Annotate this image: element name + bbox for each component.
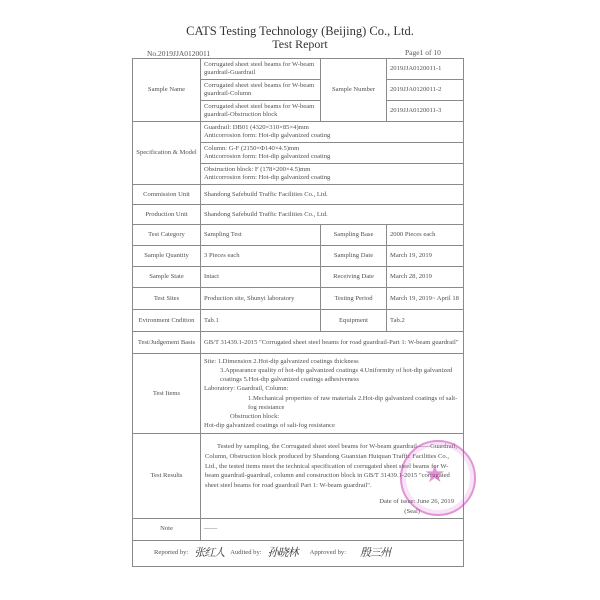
note-value: —— (201, 518, 464, 540)
audited-by-label: Audited by: (230, 549, 261, 557)
approved-by-signature: 殷三州 (360, 549, 390, 557)
signature-row: Reported by: 张红人 Audited by: 孙晓林 Approve… (133, 540, 464, 566)
sample-name-1: Corrugated sheet steel beams for W-beam … (201, 59, 321, 80)
spec-guardrail: Guardrail: DB01 (4320×310×85×4)mm Antico… (201, 122, 464, 143)
basis-label: Test/Judgement Basis (133, 332, 201, 354)
testing-period-value: March 19, 2019~ April 18 (387, 288, 464, 310)
equipment-label: Equipment (321, 310, 387, 332)
receiving-date-value: March 28, 2019 (387, 267, 464, 288)
equipment-value: Tab.2 (387, 310, 464, 332)
official-seal-stamp: ★ (400, 440, 476, 516)
sample-quantity-label: Sample Quantity (133, 246, 201, 267)
sampling-date-label: Sampling Date (321, 246, 387, 267)
test-sites-value: Production site, Shunyi laboratory (201, 288, 321, 310)
sample-state-value: Intact (201, 267, 321, 288)
spec-obstruction-block: Obstruction block: F (178×200×4.5)mm Ant… (201, 164, 464, 185)
production-unit-label: Production Unit (133, 205, 201, 225)
sample-number-1: 2019JJA0120011-1 (387, 59, 464, 80)
test-items-block-label: Obstruction block: (204, 412, 460, 421)
sample-name-label: Sample Name (133, 59, 201, 122)
note-label: Note (133, 518, 201, 540)
sampling-base-label: Sampling Base (321, 225, 387, 246)
sample-state-label: Sample State (133, 267, 201, 288)
reported-by-label: Reported by: (154, 549, 188, 557)
test-category-value: Sampling Test (201, 225, 321, 246)
test-results-label: Test Results (133, 434, 201, 519)
test-items-lab: Laboratory: Guardrail, Column: (204, 384, 460, 393)
spec-block-coating: Anticorrosion form: Hot-dip galvanized c… (204, 174, 460, 182)
spec-guardrail-size: Guardrail: DB01 (4320×310×85×4)mm (204, 124, 460, 132)
test-items-value: Site: 1.Dimension 2.Hot-dip galvanized c… (201, 354, 464, 434)
environment-condition-label: Evironment Cndition (133, 310, 201, 332)
test-sites-label: Test Sites (133, 288, 201, 310)
report-number: No.2019JJA0120011 (147, 49, 210, 58)
sample-number-3: 2019JJA0120011-3 (387, 101, 464, 122)
receiving-date-label: Receiving Date (321, 267, 387, 288)
audited-by-signature: 孙晓林 (268, 549, 298, 557)
sampling-base-value: 2000 Pieces each (387, 225, 464, 246)
star-icon: ★ (424, 460, 446, 488)
basis-value: GB/T 31439.1-2015 "Corrugated sheet stee… (201, 332, 464, 354)
commission-unit-label: Commission Unit (133, 185, 201, 205)
page-indicator: Page1 of 10 (405, 48, 441, 57)
testing-period-label: Testing Period (321, 288, 387, 310)
spec-guardrail-coating: Anticorrosion form: Hot-dip galvanized c… (204, 132, 460, 140)
specification-label: Specification & Model (133, 122, 201, 185)
test-category-label: Test Category (133, 225, 201, 246)
test-items-site: Site: 1.Dimension 2.Hot-dip galvanized c… (204, 357, 460, 366)
test-items-label: Test Items (133, 354, 201, 434)
reported-by-signature: 张红人 (194, 549, 224, 557)
spec-column-size: Column: G-F (2150×Φ140×4.5)mm (204, 145, 460, 153)
sampling-date-value: March 19, 2019 (387, 246, 464, 267)
commission-unit-value: Shandong Safebuild Traffic Facilities Co… (201, 185, 464, 205)
sample-name-3: Corrugated sheet steel beams for W-beam … (201, 101, 321, 122)
environment-condition-value: Tab.1 (201, 310, 321, 332)
test-items-lab-cont: 1.Mechanical properties of raw materials… (204, 394, 460, 412)
sample-number-label: Sample Number (321, 59, 387, 122)
spec-column: Column: G-F (2150×Φ140×4.5)mm Anticorros… (201, 143, 464, 164)
approved-by-label: Approved by: (310, 549, 346, 557)
spec-block-size: Obstruction block: F (178×200×4.5)mm (204, 166, 460, 174)
report-title: Test Report (0, 37, 600, 52)
sample-name-2: Corrugated sheet steel beams for W-beam … (201, 80, 321, 101)
test-items-site-cont: 3.Appearance quality of hot-dip galvaniz… (204, 366, 460, 384)
sample-number-2: 2019JJA0120011-2 (387, 80, 464, 101)
sample-quantity-value: 3 Pieces each (201, 246, 321, 267)
production-unit-value: Shandong Safebuild Traffic Facilities Co… (201, 205, 464, 225)
test-items-block-cont: Hot-dip galvanized coatings of salt-fog … (204, 421, 460, 430)
spec-column-coating: Anticorrosion form: Hot-dip galvanized c… (204, 153, 460, 161)
